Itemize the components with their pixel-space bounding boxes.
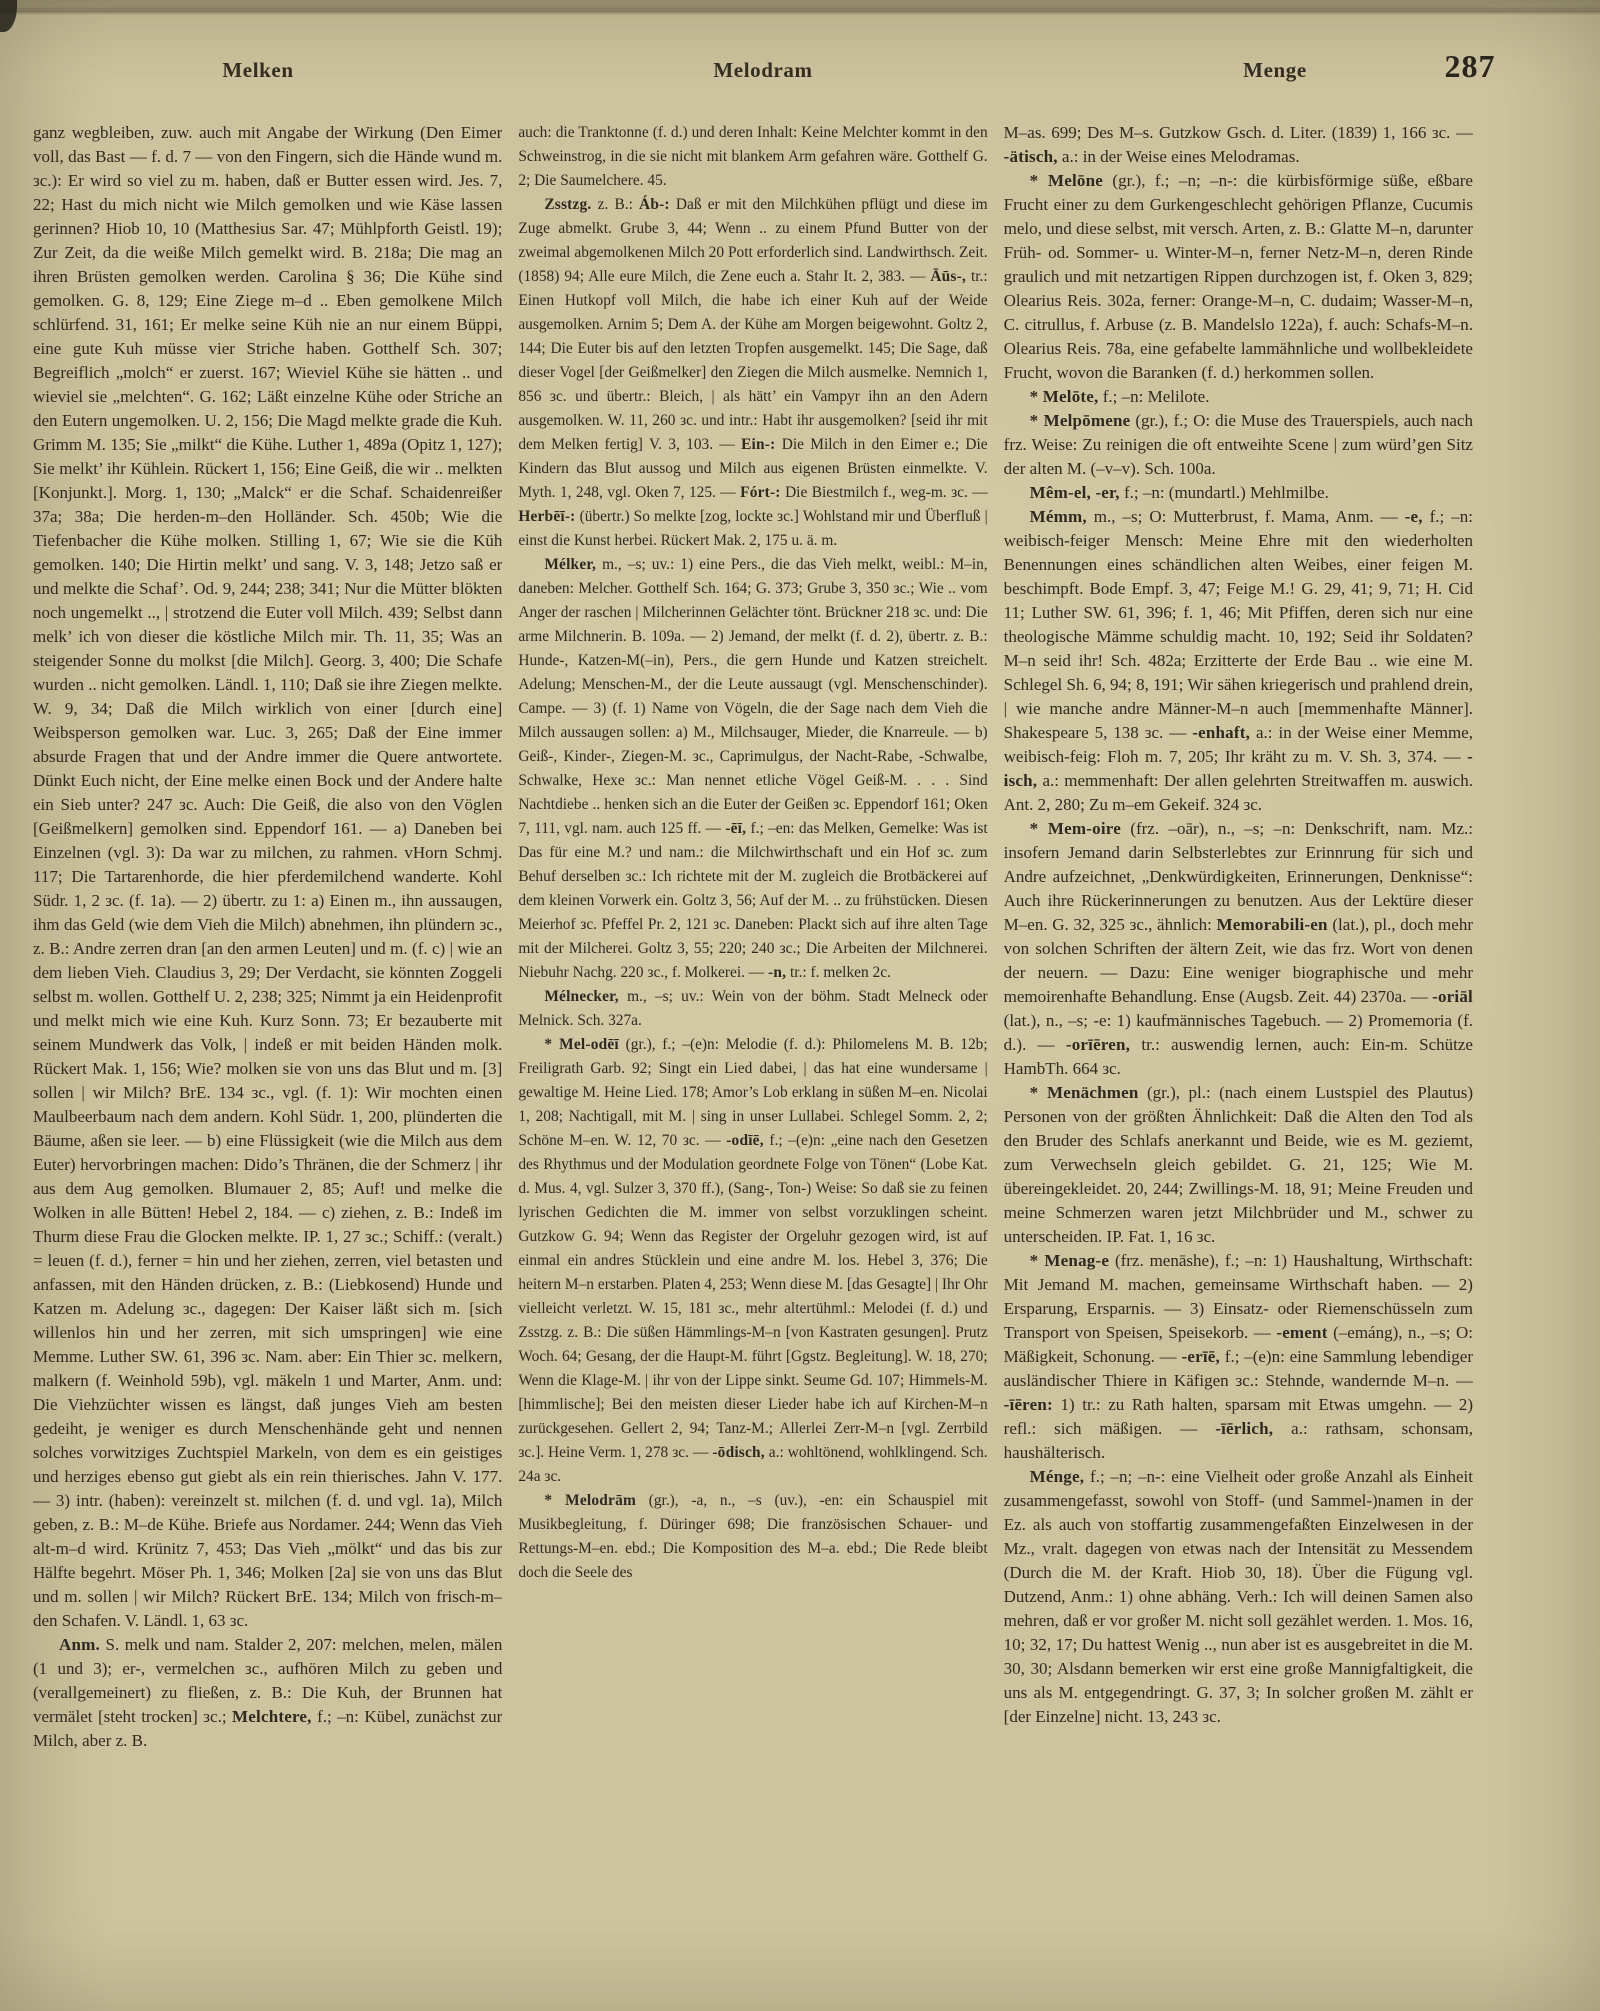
paragraph: * Melōte, f.; –n: Melilote.	[1004, 385, 1473, 409]
running-head-left: Melken	[222, 58, 293, 83]
paragraph: auch: die Tranktonne (f. d.) und deren I…	[518, 121, 987, 193]
column-1: ganz wegbleiben, zuw. auch mit Angabe de…	[33, 121, 502, 1877]
paragraph: ganz wegbleiben, zuw. auch mit Angabe de…	[33, 121, 502, 1633]
paragraph: * Mel-odēī (gr.), f.; –(e)n: Melodie (f.…	[518, 1033, 987, 1489]
paragraph: * Menag-e (frz. menāshe), f.; –n: 1) Hau…	[1004, 1249, 1473, 1465]
paragraph: Mélker, m., –s; uv.: 1) eine Pers., die …	[518, 553, 987, 985]
paragraph: * Melodrām (gr.), -a, n., –s (uv.), -en:…	[518, 1489, 987, 1585]
paragraph: Zsstzg. z. B.: Áb-: Daß er mit den Milch…	[518, 193, 987, 553]
paragraph: Mêm-el, -er, f.; –n: (mundartl.) Mehlmil…	[1004, 481, 1473, 505]
running-head-right: Menge	[1243, 58, 1307, 83]
dictionary-page: Melken Melodram Menge 287 ganz wegbleibe…	[0, 0, 1600, 2011]
page-number: 287	[1445, 48, 1496, 85]
column-3: M–as. 699; Des M–s. Gutzkow Gsch. d. Lit…	[1004, 121, 1473, 1877]
paragraph: Ménge, f.; –n; –n-: eine Vielheit oder g…	[1004, 1465, 1473, 1729]
paragraph: * Menächmen (gr.), pl.: (nach einem Lust…	[1004, 1081, 1473, 1249]
running-head: Melken Melodram Menge 287	[0, 0, 1600, 110]
paragraph: Mélnecker, m., –s; uv.: Wein von der böh…	[518, 985, 987, 1033]
paragraph: * Mem-oire (frz. –oār), n., –s; –n: Denk…	[1004, 817, 1473, 1081]
paragraph: Mémm, m., –s; O: Mutterbrust, f. Mama, A…	[1004, 505, 1473, 817]
running-head-center: Melodram	[713, 58, 812, 83]
text-columns: ganz wegbleiben, zuw. auch mit Angabe de…	[33, 121, 1473, 1877]
paragraph: * Melpōmene (gr.), f.; O: die Muse des T…	[1004, 409, 1473, 481]
paragraph: * Melōne (gr.), f.; –n; –n-: die kürbisf…	[1004, 169, 1473, 385]
paragraph: Anm. S. melk und nam. Stalder 2, 207: me…	[33, 1633, 502, 1753]
paragraph: M–as. 699; Des M–s. Gutzkow Gsch. d. Lit…	[1004, 121, 1473, 169]
column-2: auch: die Tranktonne (f. d.) und deren I…	[518, 121, 987, 1877]
